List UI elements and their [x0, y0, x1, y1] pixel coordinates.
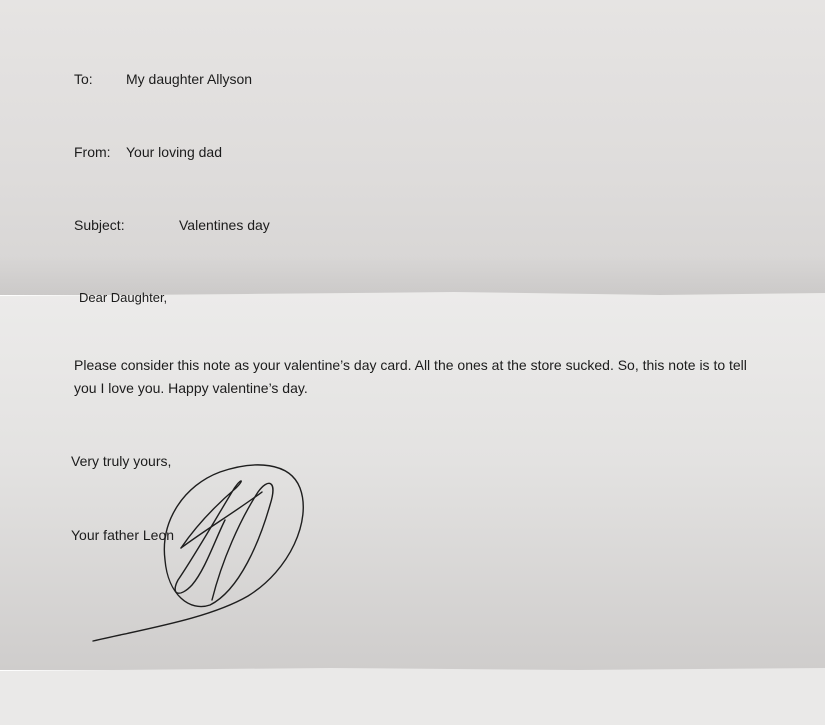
- handwritten-signature-icon: [0, 0, 825, 725]
